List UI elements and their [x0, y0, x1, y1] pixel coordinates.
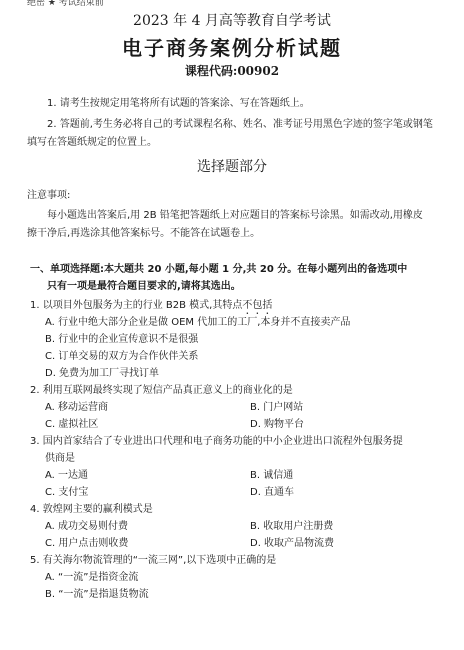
question-4-option-c: C. 用户点击则收费 [45, 534, 128, 549]
section-title: 选择题部分 [0, 156, 464, 176]
question-4-stem: 4. 敦煌网主要的赢利模式是 [30, 500, 153, 515]
question-stem-text: 1. 以项目外包服务为主的行业 B2B 模式,其特点 [30, 300, 242, 311]
instruction-2-cont: 填写在答题纸规定的位置上。 [27, 133, 157, 148]
question-3-option-a: A. 一达通 [45, 466, 88, 481]
question-2-option-a: A. 移动运营商 [45, 398, 108, 413]
question-4-option-d: D. 收取产品物流费 [250, 534, 334, 549]
question-1-option-d: D. 免费为加工厂寻找订单 [45, 364, 159, 379]
question-2-option-c: C. 虚拟社区 [45, 415, 98, 430]
notice-label: 注意事项: [27, 186, 70, 201]
course-code: 课程代码:00902 [0, 62, 464, 79]
question-3-stem: 3. 国内首家结合了专业进出口代理和电子商务功能的中小企业进出口流程外包服务提 [30, 432, 403, 447]
question-5-option-a: A. “一流”是指资金流 [45, 568, 138, 583]
subject-title: 电子商务案例分析试题 [0, 32, 464, 61]
exam-title: 2023 年 4 月高等教育自学考试 [0, 10, 464, 30]
confidential-mark: 绝密 ★ 考试结束前 [27, 0, 104, 8]
instruction-1: 1. 请考生按规定用笔将所有试题的答案涂、写在答题纸上。 [47, 94, 310, 109]
instruction-2: 2. 答题前,考生务必将自己的考试课程名称、姓名、准考证号用黑色字迹的签字笔或钢… [47, 115, 433, 130]
question-2-stem: 2. 利用互联网最终实现了短信产品真正意义上的商业化的是 [30, 381, 293, 396]
part-heading-cont: 只有一项是最符合题目要求的,请将其选出。 [47, 277, 241, 292]
question-4-option-a: A. 成功交易则付费 [45, 517, 128, 532]
part-heading: 一、单项选择题:本大题共 20 小题,每小题 1 分,共 20 分。在每小题列出… [30, 260, 407, 275]
question-1-option-b: B. 行业中的企业宣传意识不是很强 [45, 330, 198, 345]
notice-text-cont: 擦干净后,再选涂其他答案标号。不能答在试题卷上。 [27, 224, 260, 239]
question-3-stem-cont: 供商是 [45, 449, 75, 464]
question-2-option-b: B. 门户网站 [250, 398, 303, 413]
question-1-option-a: A. 行业中绝大部分企业是做 OEM 代加工的工厂,本身并不直接卖产品 [45, 313, 350, 328]
question-3-option-b: B. 诚信通 [250, 466, 293, 481]
question-2-option-d: D. 购物平台 [250, 415, 304, 430]
question-4-option-b: B. 收取用户注册费 [250, 517, 333, 532]
question-3-option-d: D. 直通车 [250, 483, 294, 498]
emphasis-text: 不包括 [242, 300, 272, 311]
question-5-option-b: B. “一流”是指退货物流 [45, 585, 149, 600]
notice-text: 每小题选出答案后,用 2B 铅笔把答题纸上对应题目的答案标号涂黑。如需改动,用橡… [47, 206, 423, 221]
question-5-stem: 5. 有关海尔物流管理的“一流三网”,以下选项中正确的是 [30, 551, 276, 566]
question-3-option-c: C. 支付宝 [45, 483, 88, 498]
question-1-option-c: C. 订单交易的双方为合作伙伴关系 [45, 347, 198, 362]
